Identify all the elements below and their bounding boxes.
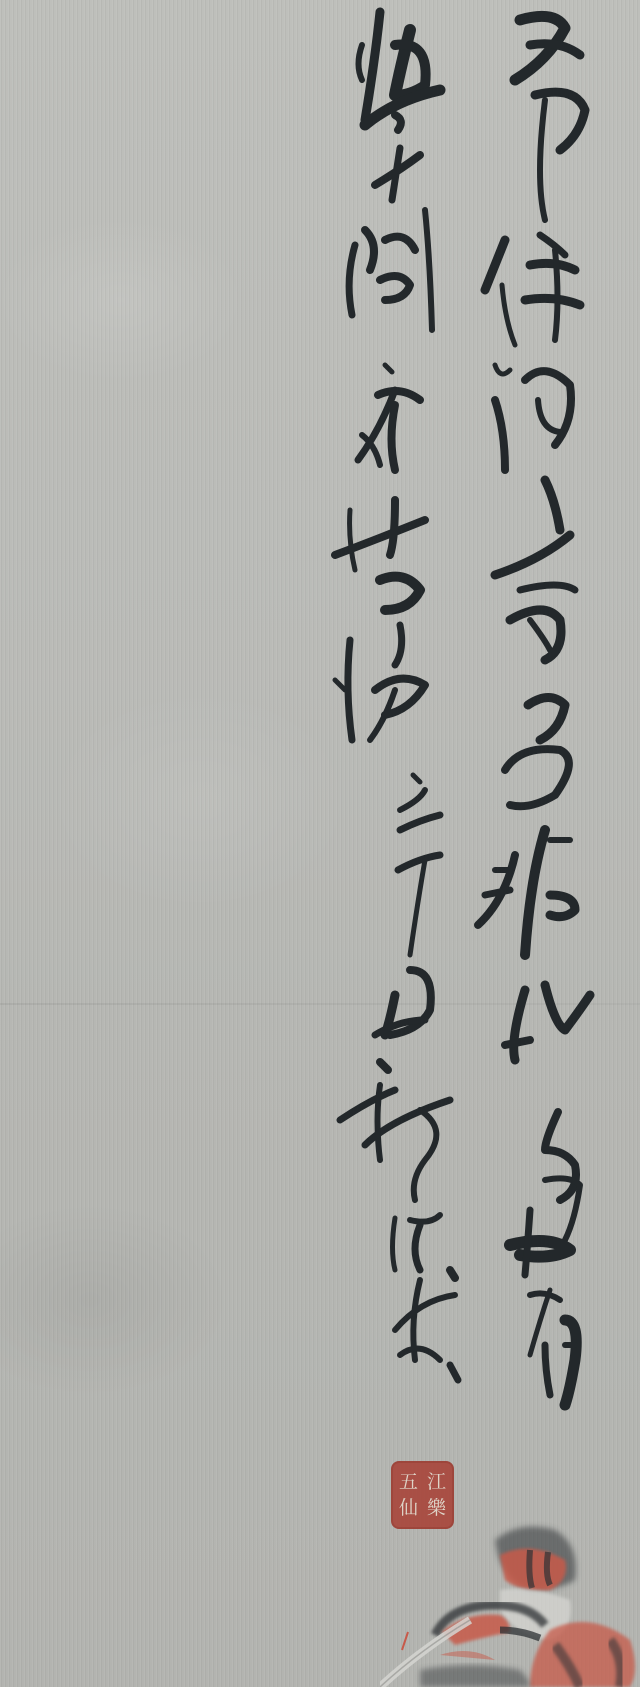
seal-char-4: 樂	[425, 1495, 449, 1521]
char-qiu	[340, 1062, 450, 1200]
figure-illustration	[380, 1520, 640, 1687]
char-yu	[359, 12, 441, 130]
seal-char-2: 江	[425, 1469, 449, 1495]
char-shi	[495, 365, 571, 470]
char-jian	[349, 210, 432, 330]
char-zi	[505, 698, 569, 807]
char-you	[530, 1290, 576, 1405]
calligraphy-inscription	[0, 0, 640, 1687]
seal-char-1: 五	[397, 1469, 421, 1495]
char-he	[358, 365, 420, 470]
char-shu	[495, 480, 575, 660]
char-cai	[375, 148, 420, 200]
char-fan	[505, 985, 590, 1060]
seal-char-3: 仙	[397, 1495, 421, 1521]
scroll-painting: 五 江 仙 樂	[0, 0, 640, 1687]
char-ban	[485, 235, 580, 345]
calligraphy-strokes	[0, 0, 640, 1687]
painted-figure	[380, 1520, 640, 1687]
char-duo	[510, 1112, 580, 1275]
char-shi2	[335, 500, 425, 610]
char-hui	[335, 625, 425, 740]
char-xin	[398, 775, 440, 955]
char-fei	[478, 830, 575, 955]
char-chang	[515, 16, 585, 220]
char-mao	[375, 970, 431, 1035]
red-seal-stamp: 五 江 仙 樂	[391, 1461, 454, 1529]
char-gu	[393, 1215, 459, 1380]
